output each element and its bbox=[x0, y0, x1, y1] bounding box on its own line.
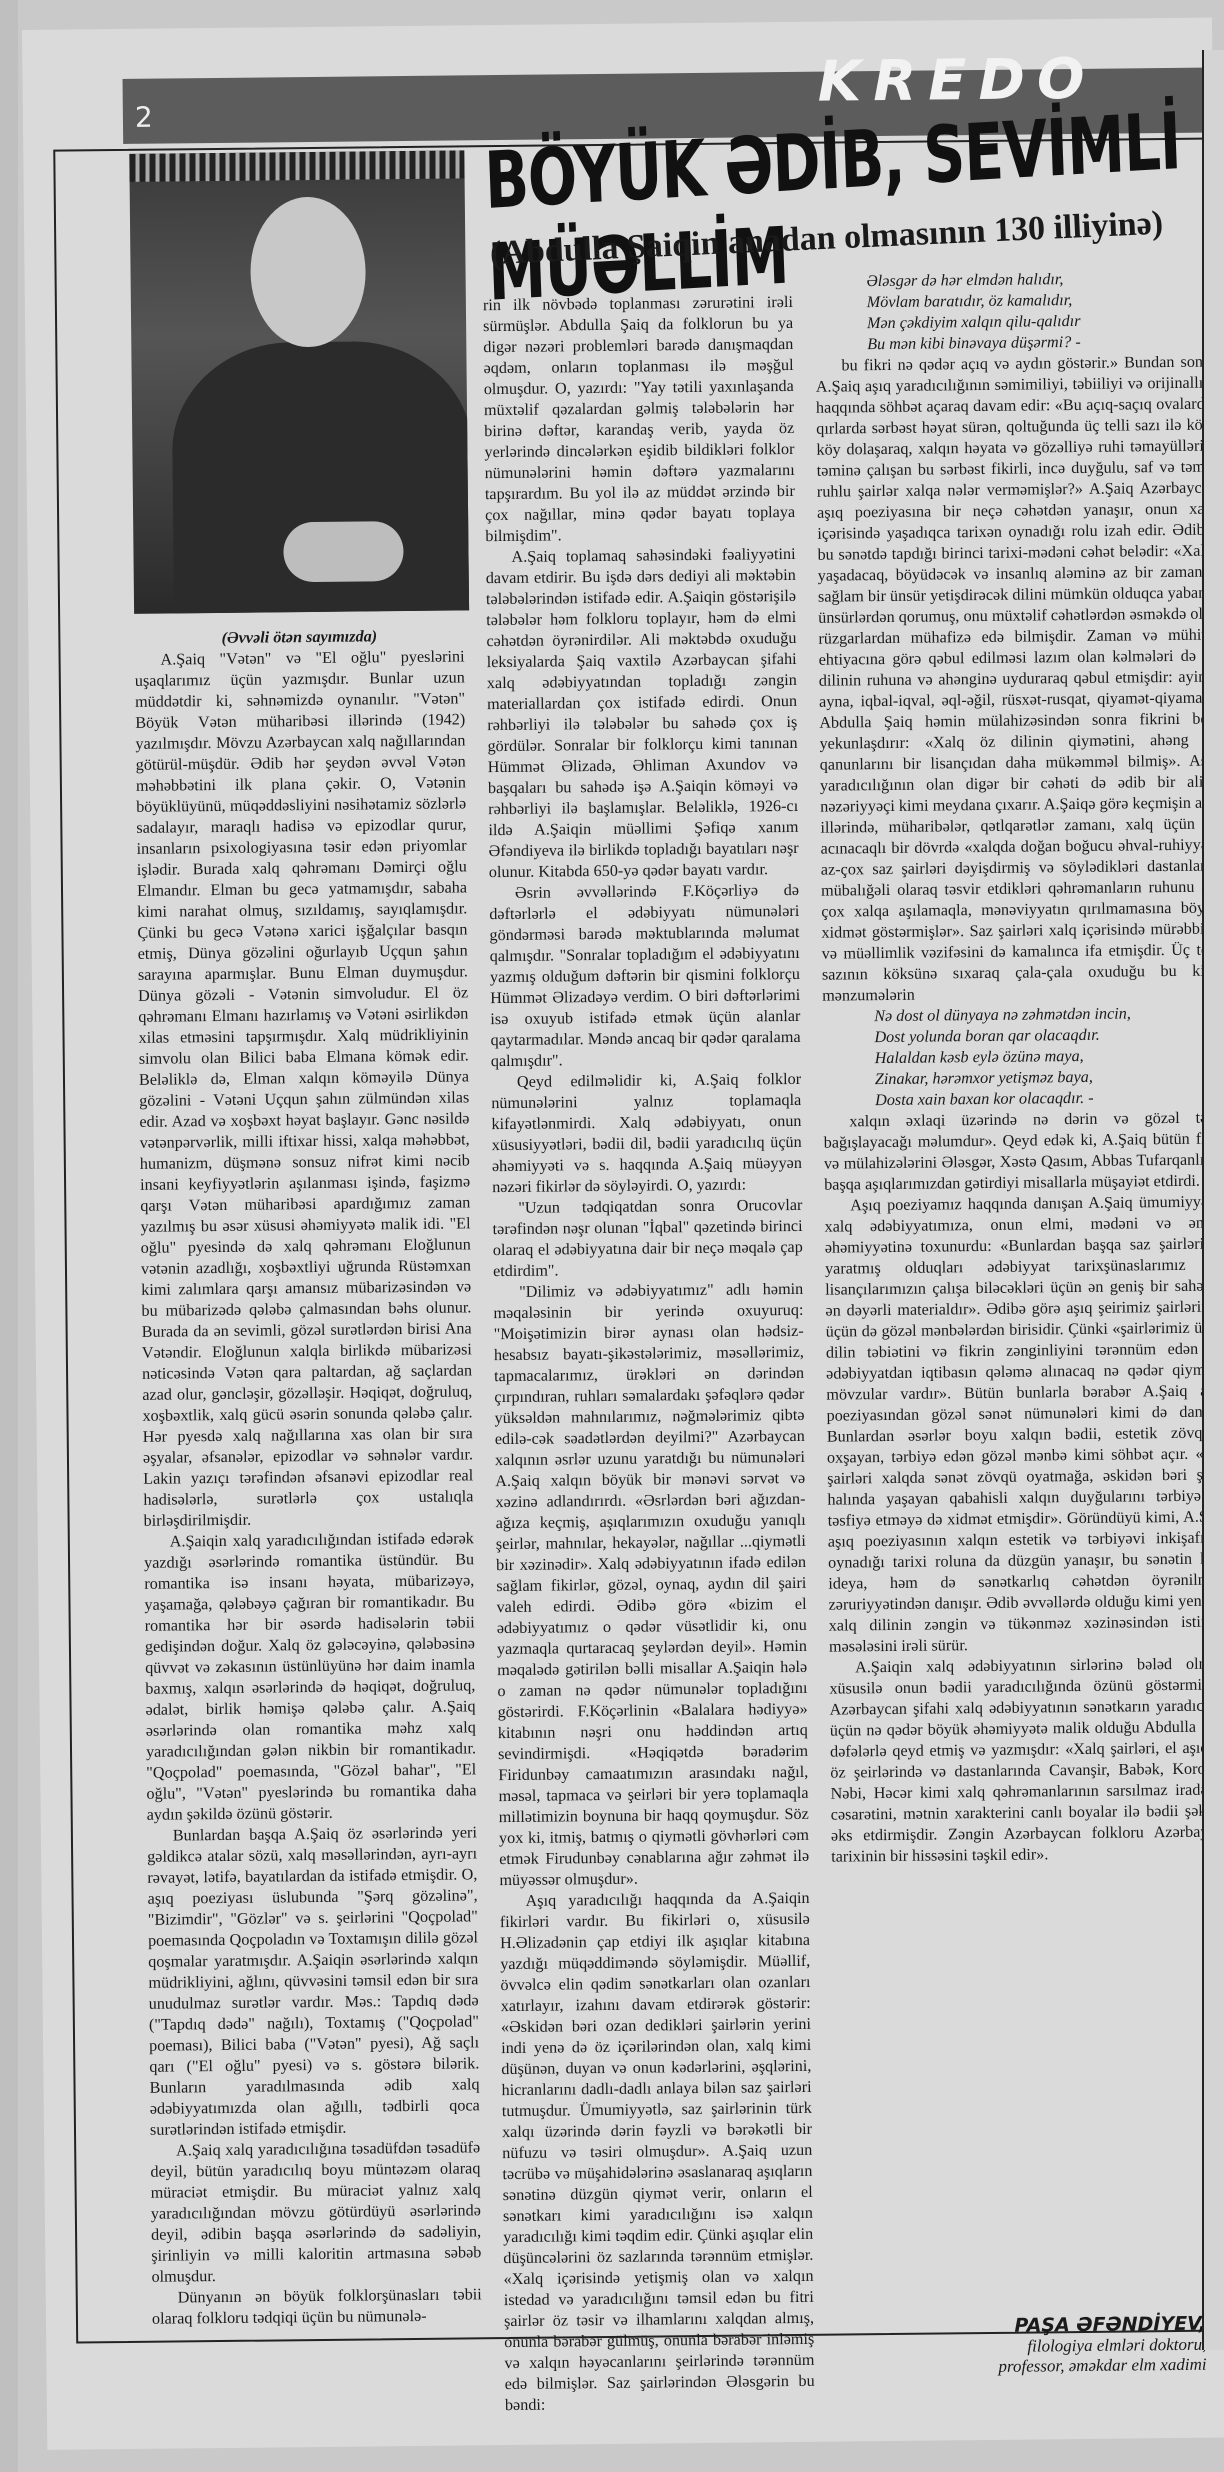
paragraph: A.Şaiq "Vətən" və "El oğlu" pyeslərini u… bbox=[134, 646, 473, 1531]
adjacent-page-edge bbox=[0, 0, 18, 2472]
paragraph: bu fikri nə qədər açıq və aydın göstərir… bbox=[815, 352, 1222, 1007]
paragraph: "Dilimiz və ədəbiyyatımız" adlı həmin mə… bbox=[493, 1279, 809, 1891]
paragraph: Əsrin əvvəllərində F.Köçərliyə də dəftər… bbox=[489, 880, 801, 1072]
portrait-hands bbox=[283, 521, 404, 582]
paragraph: rin ilk növbədə toplanması zərurətini ir… bbox=[483, 292, 796, 547]
paragraph: A.Şaiq toplamaq sahəsindəki fəaliyyətini… bbox=[485, 544, 799, 883]
article-column-3: Ələsgər də hər elmdən halıdır, Mövlam ba… bbox=[815, 268, 1224, 1868]
adjacent-column-edge bbox=[1202, 50, 1224, 2350]
portrait-face bbox=[250, 196, 367, 347]
page-number: 2 bbox=[135, 101, 153, 134]
paragraph: A.Şaiqin xalq yaradıcılığından istifadə … bbox=[144, 1528, 477, 1825]
author-title: filologiya elmləri doktoru, bbox=[998, 2335, 1206, 2357]
author-portrait-photo bbox=[129, 150, 469, 613]
author-signature: PAŞA ƏFƏNDİYEV, filologiya elmləri dokto… bbox=[998, 2313, 1207, 2377]
article-column-1: (Əvvəli ötən sayımızda) A.Şaiq "Vətən" v… bbox=[134, 625, 482, 2329]
paragraph: xalqın əxlaqi üzərində nə dərin və gözəl… bbox=[823, 1107, 1224, 1195]
paragraph: Bunlardan başqa A.Şaiq öz əsərlərində ye… bbox=[147, 1822, 480, 2140]
author-title: professor, əməkdar elm xadimi bbox=[998, 2355, 1206, 2377]
paragraph: Qeyd edilməlidir ki, A.Şaiq folklor nümu… bbox=[491, 1069, 802, 1198]
paragraph: Aşıq poeziyamız haqqında danışan A.Şaiq … bbox=[824, 1191, 1224, 1657]
paragraph: A.Şaiqin xalq ədəbiyyatının sirlərinə bə… bbox=[829, 1653, 1224, 1867]
paragraph: Dünyanın ən böyük folklorşünasları təbii… bbox=[152, 2284, 482, 2329]
bookshelf-background bbox=[129, 150, 464, 182]
article-column-2: rin ilk növbədə toplanması zərurətini ir… bbox=[483, 292, 815, 2416]
paragraph: "Uzun tədqiqatdan sonra Orucovlar tərəfi… bbox=[492, 1195, 803, 1282]
author-name: PAŞA ƏFƏNDİYEV, bbox=[998, 2313, 1206, 2337]
paragraph: Aşıq yaradıcılığı haqqında da A.Şaiqin f… bbox=[500, 1888, 815, 2416]
paragraph: A.Şaiq xalq yaradıcılığına təsadüfdən tə… bbox=[150, 2137, 482, 2287]
newspaper-page: 2 KREDO BÖYÜK ƏDİB, SEVİMLİ MÜƏLLİM (Abd… bbox=[22, 18, 1224, 2450]
